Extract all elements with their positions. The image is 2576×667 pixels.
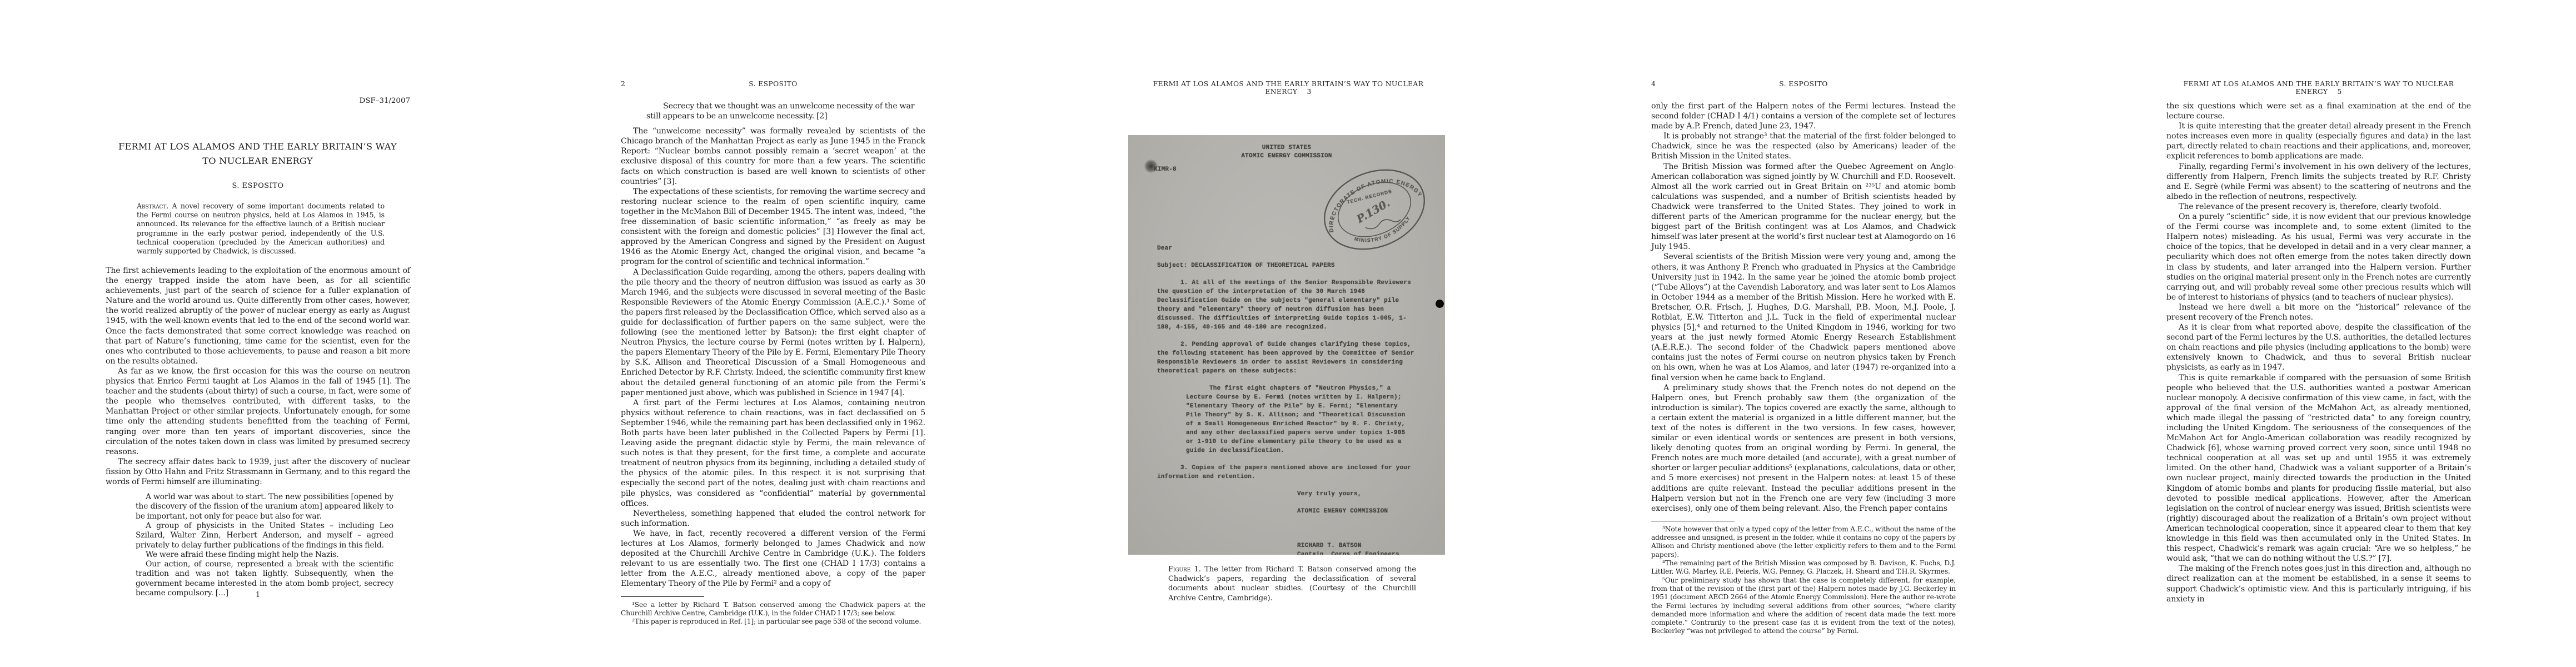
running-header: 2 S. ESPOSITO (621, 80, 925, 88)
running-author: S. ESPOSITO (621, 80, 925, 88)
footnote-rule (1651, 521, 1735, 521)
quote-paragraph: A group of physicists in the United Stat… (136, 521, 393, 550)
letter-org: ATOMIC ENERGY COMMISSION (1297, 507, 1417, 516)
running-title: FERMI AT LOS ALAMOS AND THE EARLY BRITAI… (1153, 80, 1424, 96)
page-2: 2 S. ESPOSITO Secrecy that we thought wa… (515, 0, 1030, 667)
letter-inner-block: The first eight chapters of "Neutron Phy… (1186, 384, 1415, 455)
footnote: ⁵Our preliminary study has shown that th… (1651, 576, 1956, 636)
letterhead-line2: ATOMIC ENERGY COMMISSION (1128, 152, 1445, 161)
paragraph: The making of the French notes goes just… (2166, 564, 2471, 604)
epigraph-quote: Secrecy that we thought was an unwelcome… (621, 101, 925, 121)
paragraph: The “unwelcome necessity” was formally r… (621, 126, 925, 187)
paragraph: We have, in fact, recently recovered a d… (621, 529, 925, 589)
footnote-rule (621, 596, 704, 597)
paragraph: only the first part of the Halpern notes… (1651, 101, 1956, 131)
page-3: FERMI AT LOS ALAMOS AND THE EARLY BRITAI… (1030, 0, 1546, 667)
figure-caption: Figure 1. The letter from Richard T. Bat… (1168, 565, 1416, 603)
running-author: S. ESPOSITO (1651, 80, 1956, 88)
paragraph: The first achievements leading to the ex… (106, 266, 410, 366)
quote-line: still appears to be an unwelcome necessi… (621, 111, 925, 121)
footnote-block: ³Note however that only a typed copy of … (1651, 521, 1956, 636)
footnote: ¹See a letter by Richard T. Batson conse… (621, 601, 925, 618)
figure-caption-text: The letter from Richard T. Batson conser… (1168, 565, 1416, 603)
document-number: KIMR-8 (1154, 165, 1177, 174)
abstract-label: Abstract. (137, 202, 168, 210)
footnote: ²This paper is reproduced in Ref. [1]; i… (621, 618, 925, 626)
signer-title: Captain, Corps of Engineers (1297, 550, 1417, 555)
letter-body: Dear Subject: DECLASSIFICATION OF THEORE… (1157, 244, 1417, 555)
page-number: 2 (621, 80, 625, 88)
paragraph: The relevance of the present recovery is… (2166, 202, 2471, 212)
fermi-quote-block: A world war was about to start. The new … (136, 492, 393, 598)
paper-title-line1: FERMI AT LOS ALAMOS AND THE EARLY BRITAI… (72, 140, 443, 154)
paragraph: A first part of the Fermi lectures at Lo… (621, 398, 925, 509)
figure-caption-label: Figure 1. (1168, 565, 1201, 574)
paragraph: Nevertheless, something happened that el… (621, 509, 925, 529)
page-number: 3 (1307, 88, 1311, 96)
letter-subject: Subject: DECLASSIFICATION OF THEORETICAL… (1157, 261, 1417, 270)
running-title: FERMI AT LOS ALAMOS AND THE EARLY BRITAI… (2184, 80, 2454, 96)
footnote-block: ¹See a letter by Richard T. Batson conse… (621, 596, 925, 626)
footnote: ⁴The remaining part of the British Missi… (1651, 559, 1956, 576)
paragraph: It is quite interesting that the greater… (2166, 121, 2471, 161)
paragraph: As far as we know, the first occasion fo… (106, 366, 410, 457)
abstract-text: A novel recovery of some important docum… (137, 202, 385, 255)
paragraph: The secrecy affair dates back to 1939, j… (106, 457, 410, 487)
page-number: 5 (2337, 88, 2341, 96)
letter-paragraph: 3. Copies of the papers mentioned above … (1157, 464, 1417, 481)
running-header: FERMI AT LOS ALAMOS AND THE EARLY BRITAI… (1136, 80, 1441, 96)
letter-closing: Very truly yours, (1297, 490, 1417, 499)
paragraph: It is probably not strange³ that the mat… (1651, 131, 1956, 161)
punch-hole (1436, 300, 1444, 308)
page-1: DSF–31/2007 FERMI AT LOS ALAMOS AND THE … (0, 0, 515, 667)
paragraph: A Declassification Guide regarding, amon… (621, 267, 925, 398)
paragraph: On a purely “scientific” side, it is now… (2166, 212, 2471, 302)
paragraph: Instead we here dwell a bit more on the … (2166, 302, 2471, 322)
paper-title-line2: TO NUCLEAR ENERGY (72, 154, 443, 168)
paragraph: The British Mission was formed after the… (1651, 162, 1956, 252)
paragraph: the six questions which were set as a fi… (2166, 101, 2471, 121)
quote-paragraph: We were afraid these finding might help … (136, 550, 393, 560)
page-2-body: Secrecy that we thought was an unwelcome… (621, 101, 925, 626)
page-number: 4 (1651, 80, 1656, 88)
paper-canvas: arXiv:0805.0229v1 [physics.hist-ph] 2 Ma… (0, 0, 2576, 667)
letter-paragraph: 2. Pending approval of Guide changes cla… (1157, 340, 1417, 376)
page-4: 4 S. ESPOSITO only the first part of the… (1546, 0, 2061, 667)
paragraph: This is quite remarkable if compared wit… (2166, 373, 2471, 564)
letter-signature-block: RICHARD T. BATSON Captain, Corps of Engi… (1297, 541, 1417, 555)
page-4-body: only the first part of the Halpern notes… (1651, 101, 1956, 636)
paragraph: The expectations of these scientists, fo… (621, 187, 925, 267)
paragraph: Several scientists of the British Missio… (1651, 252, 1956, 382)
letter-paragraph: 1. At all of the meetings of the Senior … (1157, 278, 1417, 332)
running-header: 4 S. ESPOSITO (1651, 80, 1956, 88)
footnote: ³Note however that only a typed copy of … (1651, 525, 1956, 559)
report-number: DSF–31/2007 (106, 97, 410, 105)
page-5-body: the six questions which were set as a fi… (2166, 101, 2471, 604)
signer-name: RICHARD T. BATSON (1297, 541, 1417, 550)
paragraph: Finally, regarding Fermi’s involvement i… (2166, 162, 2471, 202)
quote-paragraph: A world war was about to start. The new … (136, 492, 393, 521)
page-1-body: The first achievements leading to the ex… (106, 266, 410, 598)
page-number-footer: 1 (106, 591, 410, 599)
paragraph: As it is clear from what reported above,… (2166, 322, 2471, 372)
paragraph: A preliminary study shows that the Frenc… (1651, 383, 1956, 514)
abstract: Abstract. A novel recovery of some impor… (137, 202, 385, 256)
letter-salutation: Dear (1157, 244, 1417, 253)
figure-letter-scan: UNITED STATES ATOMIC ENERGY COMMISSION K… (1128, 135, 1445, 555)
quote-line: Secrecy that we thought was an unwelcome… (621, 101, 925, 111)
letterhead: UNITED STATES ATOMIC ENERGY COMMISSION (1128, 144, 1445, 161)
paper-title: FERMI AT LOS ALAMOS AND THE EARLY BRITAI… (72, 140, 443, 168)
page-5: FERMI AT LOS ALAMOS AND THE EARLY BRITAI… (2061, 0, 2576, 667)
running-header: FERMI AT LOS ALAMOS AND THE EARLY BRITAI… (2166, 80, 2471, 96)
author: S. ESPOSITO (106, 182, 410, 190)
letterhead-line1: UNITED STATES (1128, 144, 1445, 152)
